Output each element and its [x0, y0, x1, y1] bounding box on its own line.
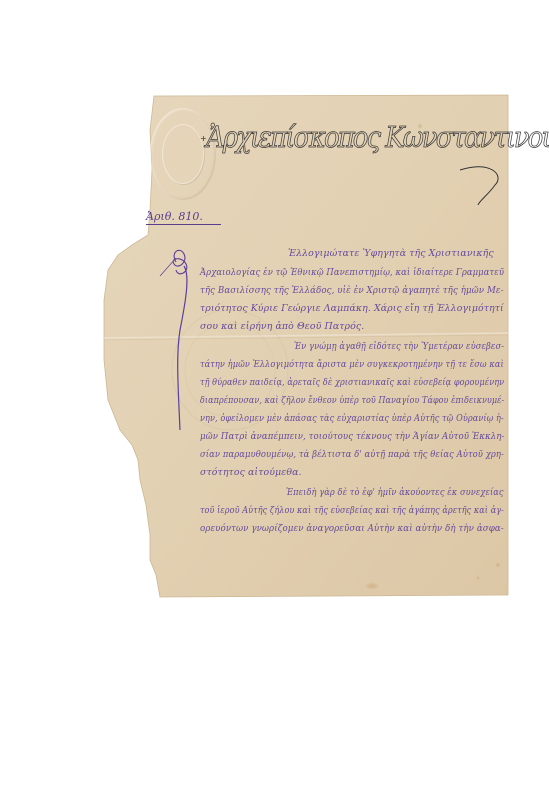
letter-line: διαπρέπουσαν, καὶ ζῆλον ἔνθεον ὑπὲρ τοῦ …: [200, 395, 504, 406]
letter-line: Ἐν γνώμῃ ἀγαθῇ εἰδότες τὴν Ὑμετέραν εὐσε…: [294, 341, 504, 352]
reference-number: Ἀριθ. 810.: [146, 210, 221, 225]
letter-line: στότητος αἰτούμεθα.: [200, 467, 302, 478]
letter-line: τριότητος Κύριε Γεώργιε Λαμπάκη. Χάρις ε…: [200, 303, 504, 314]
letter-line: Ἐλλογιμώτατε Ὑφηγητὰ τῆς Χριστιανικῆς: [288, 248, 494, 259]
letter-line: μῶν Πατρὶ ἀναπέμπειν, τοιούτους τέκνους …: [200, 431, 505, 442]
letter-line: Ἀρχαιολογίας ἐν τῷ Ἐθνικῷ Πανεπιστημίῳ, …: [200, 267, 504, 278]
letter-line: νην, ὀφείλομεν μὲν ἀπάσας τὰς εὐχαριστία…: [200, 413, 504, 424]
seal-anchor-icon: [162, 124, 204, 184]
ornamental-header: Ἀρχιεπίσκοπος Κωνσταντινουπόλεως: [206, 116, 456, 160]
scanned-page: + Ἀρχιεπίσκοπος Κωνσταντινουπόλεως Ἀριθ.…: [0, 0, 549, 800]
letter-line: τοῦ ἱεροῦ Αὐτῆς ζήλου καὶ τῆς εὐσεβείας …: [200, 505, 504, 516]
letter-line: τῇ θύραθεν παιδείᾳ, ἀρεταῖς δὲ χριστιανι…: [200, 377, 504, 388]
letter-line: Ἐπειδὴ γὰρ δὲ τὸ ἐφ' ἡμῖν ἀκούοντες ἐκ σ…: [286, 487, 504, 498]
letter-line: σίαν παραμυθουμένῳ, τὰ βέλτιστα δ' αὐτῇ …: [200, 449, 504, 460]
letter-line: τῆς Βασιλίσσης τῆς Ἑλλάδος, υἱὲ ἐν Χριστ…: [200, 285, 504, 296]
letter-line: σου καὶ εἰρήνη ἀπὸ Θεοῦ Πατρός.: [200, 321, 364, 332]
letter-line: ορευόντων γνωρίζομεν ἀναγορεῦσαι Αὐτὴν κ…: [200, 523, 504, 534]
letter-line: τάτην ἡμῶν Ἐλλογιμότητα ἄριστα μὲν συγκε…: [200, 359, 504, 370]
